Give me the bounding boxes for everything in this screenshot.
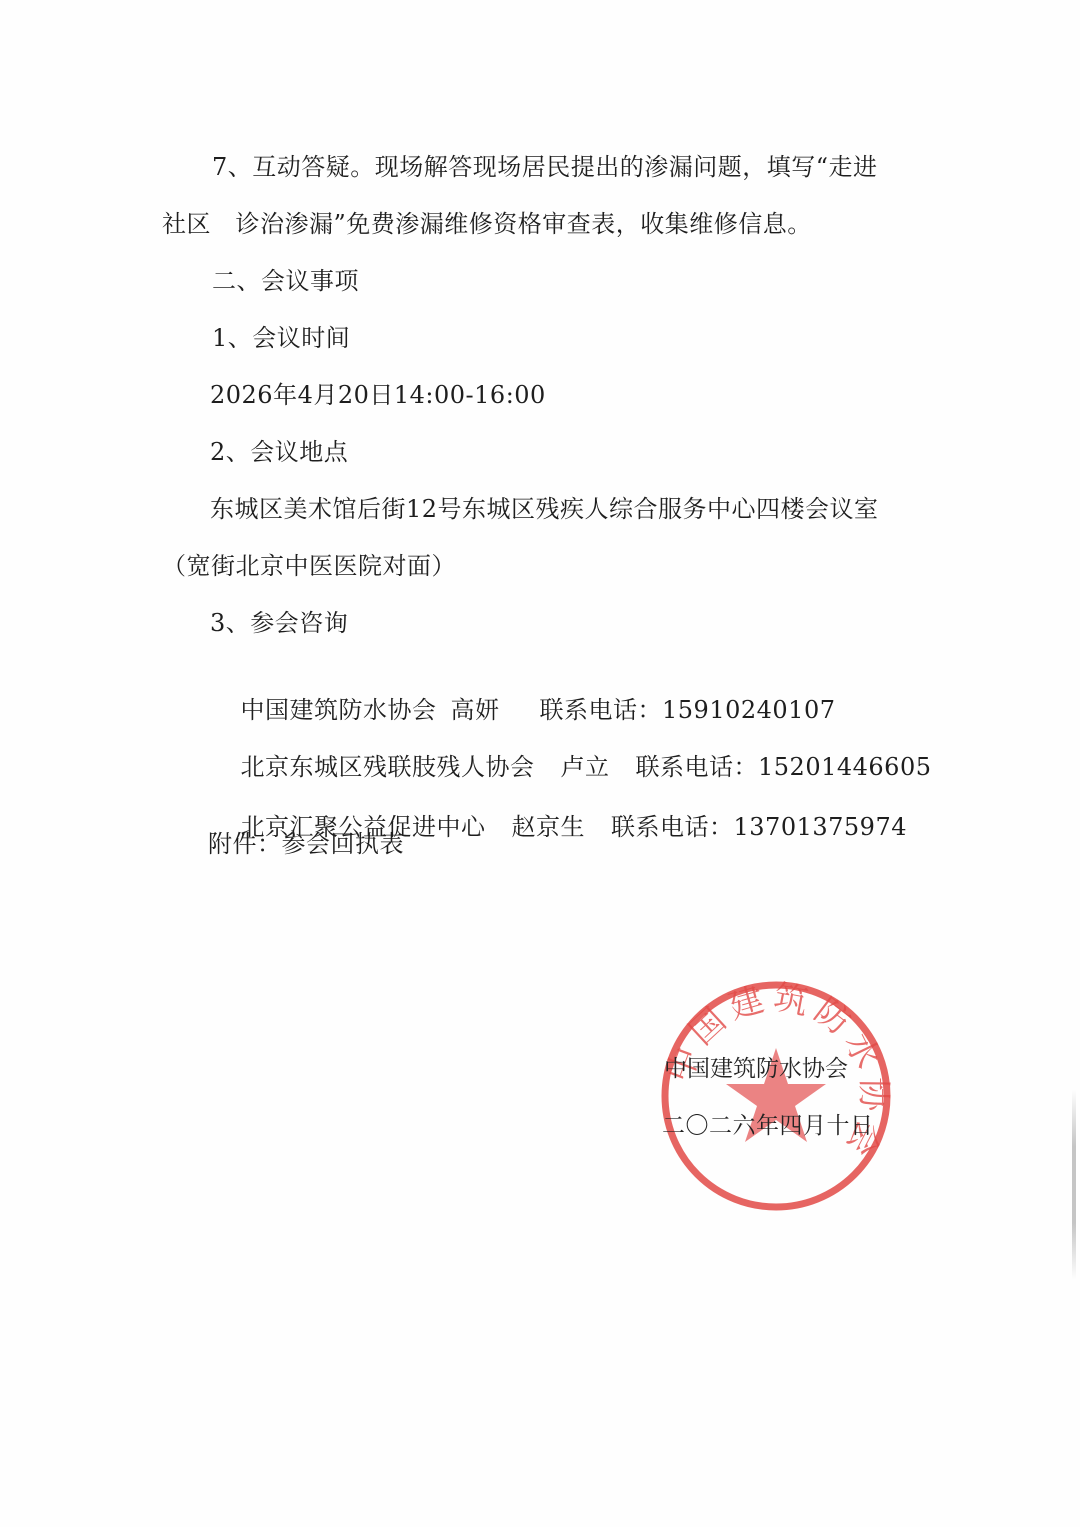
contact-phone-label: 联系电话： (540, 695, 663, 725)
contact-org: 北京东城区残联肢残人协会 (241, 752, 535, 782)
contact-phone-label: 联系电话： (636, 752, 759, 782)
item-7-line-1: 7、互动答疑。现场解答现场居民提出的渗漏问题，填写“走进 (212, 152, 878, 182)
meeting-location-heading: 2、会议地点 (210, 437, 348, 467)
document-page: 7、互动答疑。现场解答现场居民提出的渗漏问题，填写“走进 社区 诊治渗漏”免费渗… (0, 0, 1080, 1527)
item-7-line-2: 社区 诊治渗漏”免费渗漏维修资格审查表，收集维修信息。 (162, 209, 812, 239)
contact-phone: 15201446605 (758, 752, 931, 782)
contact-phone: 15910240107 (662, 695, 835, 725)
contact-name: 卢立 (561, 752, 610, 782)
section-2-heading: 二、会议事项 (212, 266, 359, 296)
contact-name: 高妍 (451, 695, 500, 725)
attachment-note: 附件：参会回执表 (208, 829, 404, 859)
contact-org: 中国建筑防水协会 (241, 695, 437, 725)
official-seal-stamp: 中国建筑防水协会 (660, 980, 892, 1212)
contact-phone: 13701375974 (734, 812, 907, 842)
consult-heading: 3、参会咨询 (210, 608, 348, 638)
contact-name: 赵京生 (512, 812, 586, 842)
contact-phone-label: 联系电话： (611, 812, 734, 842)
signature-organization: 中国建筑防水协会 (664, 1055, 848, 1083)
meeting-time-value: 2026年4月20日14:00-16:00 (210, 380, 546, 410)
signature-date: 二〇二六年四月十日 (662, 1112, 874, 1140)
meeting-time-heading: 1、会议时间 (212, 323, 350, 353)
meeting-location-line-2: （宽街北京中医医院对面） (162, 551, 456, 581)
page-edge-shadow (1072, 1090, 1076, 1280)
meeting-location-line-1: 东城区美术馆后街12号东城区残疾人综合服务中心四楼会议室 (210, 494, 879, 524)
